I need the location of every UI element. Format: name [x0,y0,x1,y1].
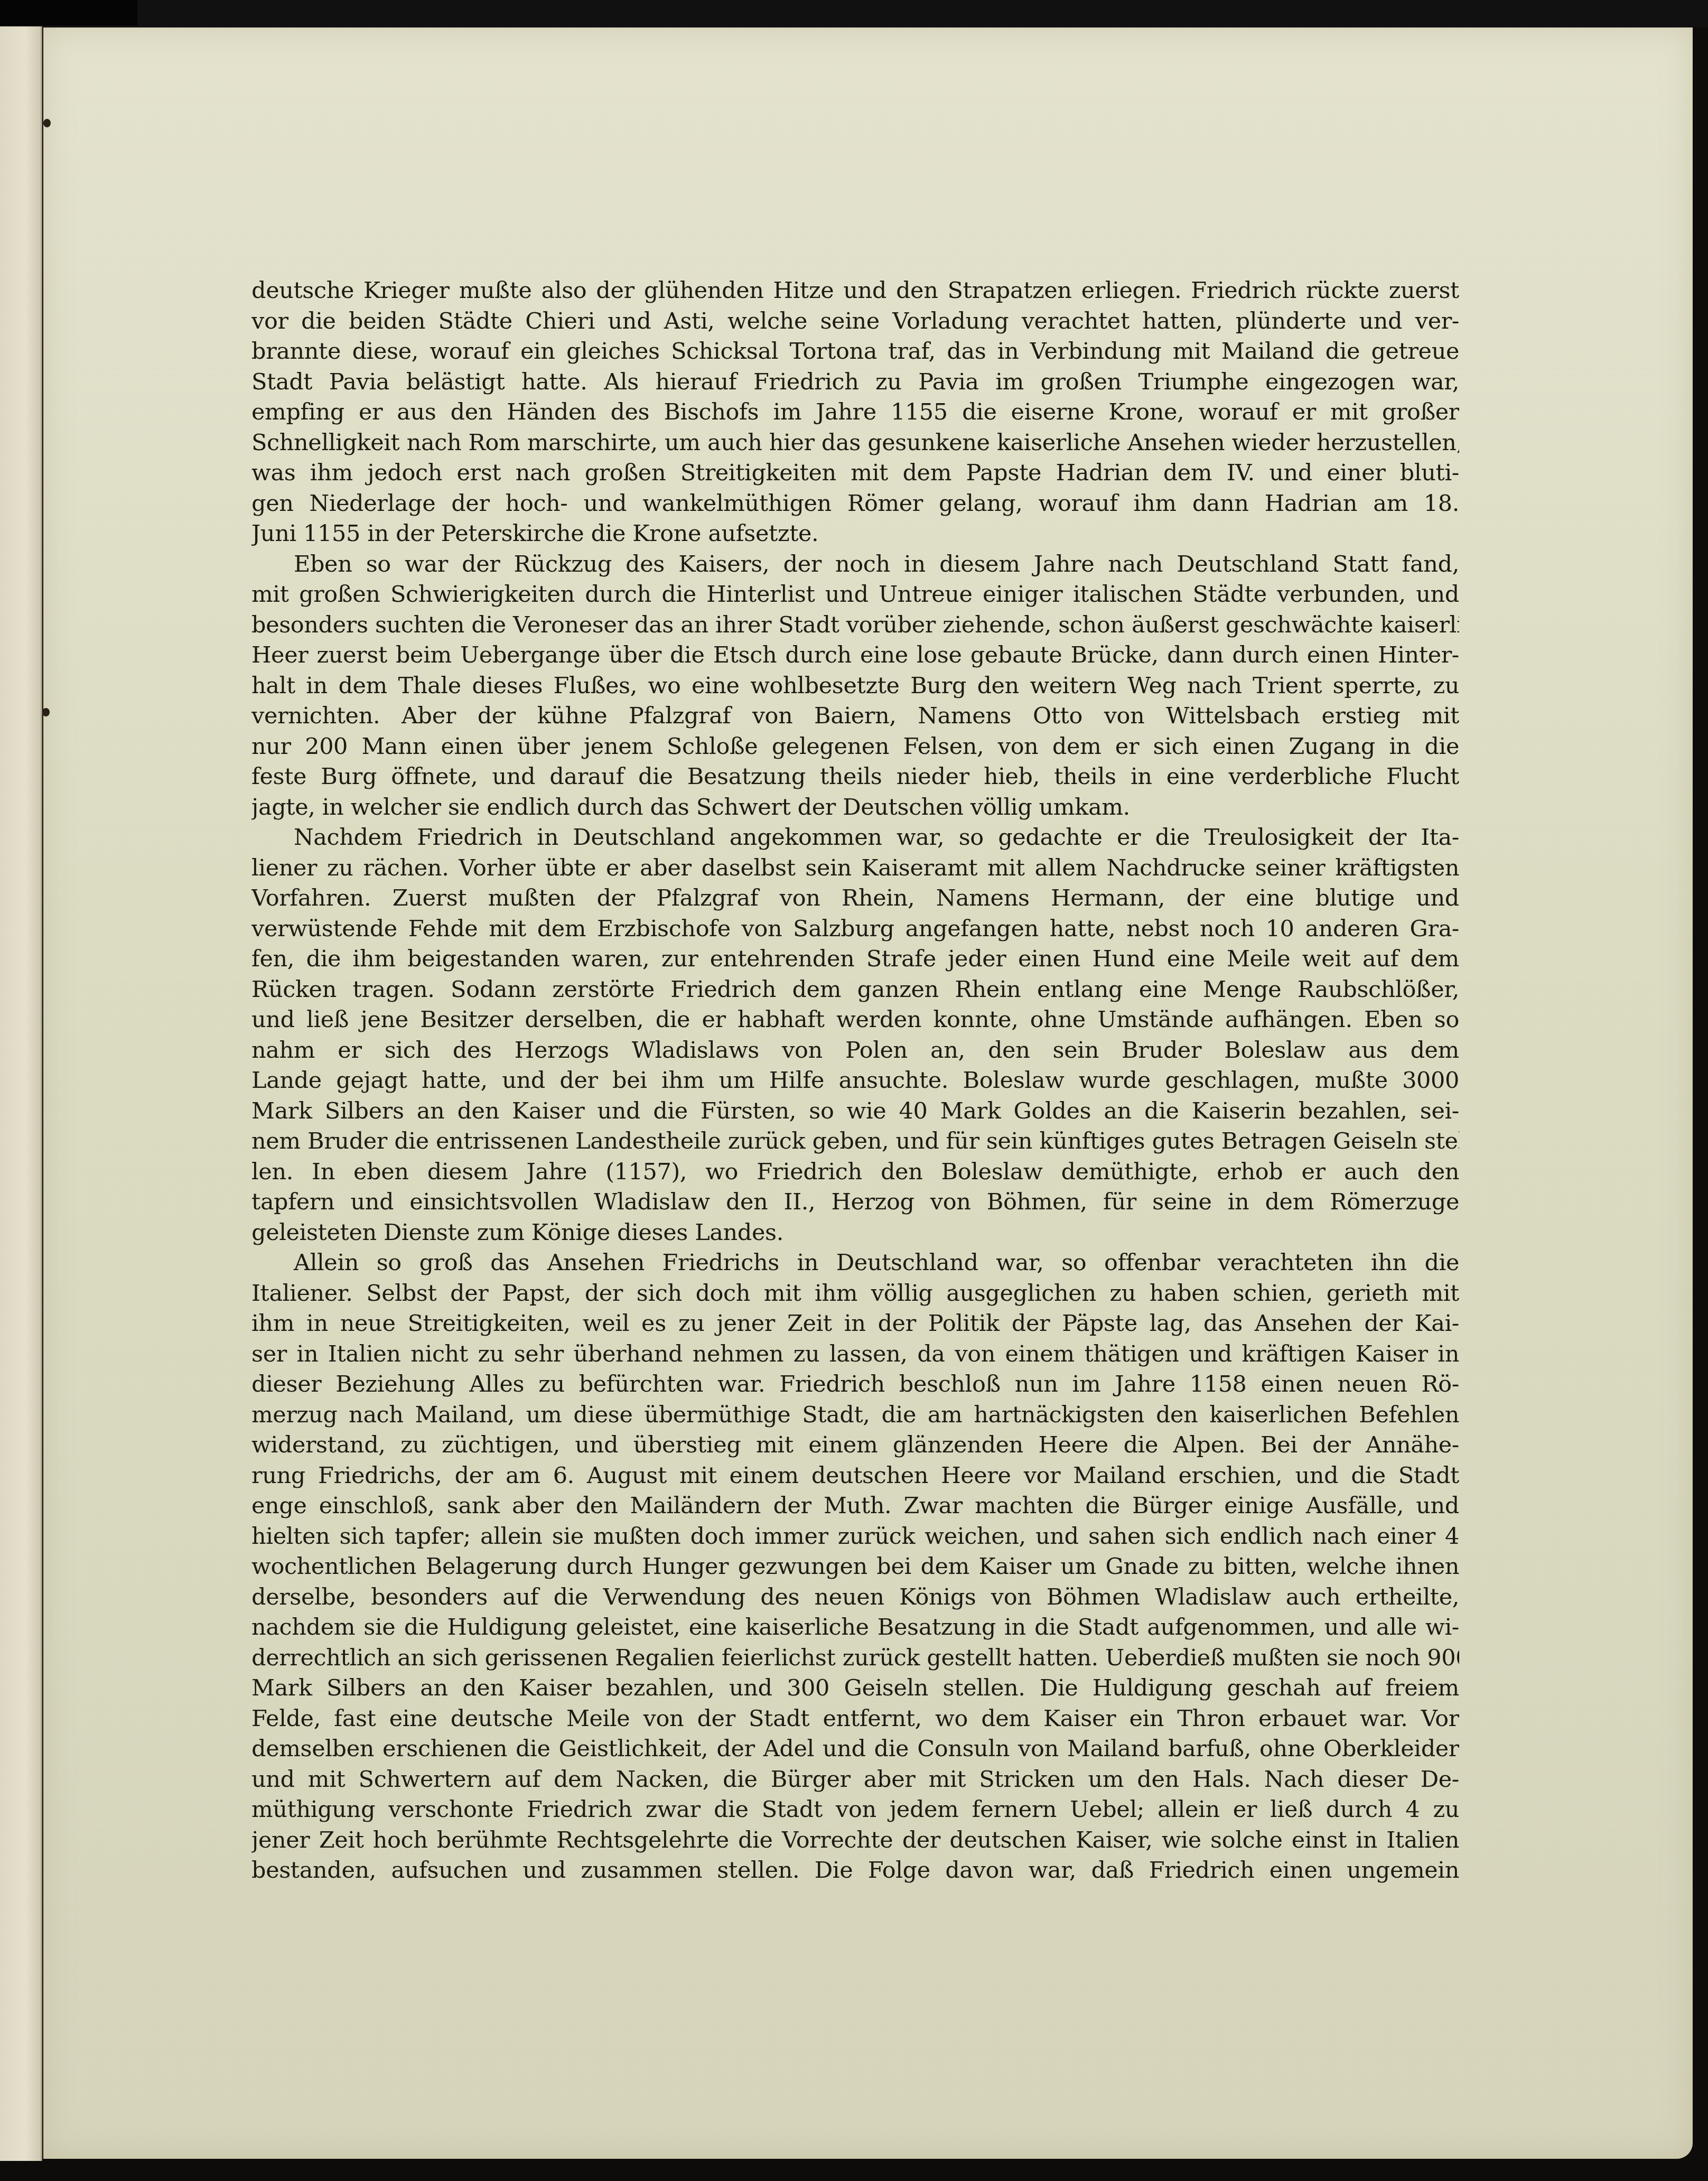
text-line: tapfern und einsichtsvollen Wladislaw de… [251,1187,1459,1218]
binding-gutter [0,26,42,2161]
text-line: Nachdem Friedrich in Deutschland angekom… [251,823,1459,853]
text-line: derrechtlich an sich gerissenen Regalien… [251,1643,1459,1674]
text-line: jagte, in welcher sie endlich durch das … [251,793,1459,823]
text-line: was ihm jedoch erst nach großen Streitig… [251,458,1459,489]
text-line: Eben so war der Rückzug des Kaisers, der… [251,549,1459,580]
text-line: deutsche Krieger mußte also der glühende… [251,276,1459,306]
text-line: Allein so groß das Ansehen Friedrichs in… [251,1248,1459,1279]
text-line: jener Zeit hoch berühmte Rechtsgelehrte … [251,1825,1459,1856]
text-line: ser in Italien nicht zu sehr überhand ne… [251,1339,1459,1370]
text-line: verwüstende Fehde mit dem Erzbischofe vo… [251,914,1459,945]
text-line: nur 200 Mann einen über jenem Schloße ge… [251,732,1459,762]
paragraph: Nachdem Friedrich in Deutschland angekom… [251,823,1459,1248]
text-line: brannte diese, worauf ein gleiches Schic… [251,337,1459,367]
text-line: Mark Silbers an den Kaiser und die Fürst… [251,1096,1459,1127]
paragraph: Eben so war der Rückzug des Kaisers, der… [251,549,1459,823]
text-line: Lande gejagt hatte, und der bei ihm um H… [251,1066,1459,1096]
text-line: len. In eben diesem Jahre (1157), wo Fri… [251,1157,1459,1188]
text-line: Vorfahren. Zuerst mußten der Pfalzgraf v… [251,883,1459,914]
text-line: enge einschloß, sank aber den Mailändern… [251,1491,1459,1522]
text-line: Heer zuerst beim Uebergange über die Ets… [251,640,1459,671]
text-line: Mark Silbers an den Kaiser bezahlen, und… [251,1673,1459,1704]
text-line: derselbe, besonders auf die Verwendung d… [251,1582,1459,1613]
text-line: halt in dem Thale dieses Flußes, wo eine… [251,671,1459,702]
text-line: Felde, fast eine deutsche Meile von der … [251,1704,1459,1735]
text-line: fen, die ihm beigestanden waren, zur ent… [251,944,1459,975]
text-line: demselben erschienen die Geistlichkeit, … [251,1734,1459,1765]
text-line: und ließ jene Besitzer derselben, die er… [251,1005,1459,1036]
text-line: müthigung verschonte Friedrich zwar die … [251,1795,1459,1825]
text-line: hielten sich tapfer; allein sie mußten d… [251,1522,1459,1552]
text-line: Stadt Pavia belästigt hatte. Als hierauf… [251,367,1459,398]
text-line: und mit Schwertern auf dem Nacken, die B… [251,1765,1459,1795]
text-line: liener zu rächen. Vorher übte er aber da… [251,853,1459,884]
text-line: mit großen Schwierigkeiten durch die Hin… [251,580,1459,610]
text-line: nahm er sich des Herzogs Wladislaws von … [251,1036,1459,1066]
binding-hole-icon [43,119,51,127]
text-line: widerstand, zu züchtigen, und überstieg … [251,1430,1459,1461]
scanner-background-top [0,0,1708,27]
text-line: vor die beiden Städte Chieri und Asti, w… [251,306,1459,337]
text-line: rung Friedrichs, der am 6. August mit ei… [251,1461,1459,1492]
text-line: empfing er aus den Händen des Bischofs i… [251,397,1459,428]
text-line: dieser Beziehung Alles zu befürchten war… [251,1369,1459,1400]
text-line: Rücken tragen. Sodann zerstörte Friedric… [251,975,1459,1005]
text-line: wochentlichen Belagerung durch Hunger ge… [251,1552,1459,1582]
text-line: ihm in neue Streitigkeiten, weil es zu j… [251,1309,1459,1339]
text-line: gen Niederlage der hoch- und wankelmüthi… [251,489,1459,519]
scanner-background-corner [0,0,137,25]
text-line: feste Burg öffnete, und darauf die Besat… [251,762,1459,793]
text-line: merzug nach Mailand, um diese übermüthig… [251,1400,1459,1431]
paragraph: Allein so groß das Ansehen Friedrichs in… [251,1248,1459,1886]
text-line: Schnelligkeit nach Rom marschirte, um au… [251,428,1459,459]
text-line: geleisteten Dienste zum Könige dieses La… [251,1218,1459,1248]
text-line: Juni 1155 in der Peterskirche die Krone … [251,519,1459,549]
text-line: bestanden, aufsuchen und zusammen stelle… [251,1856,1459,1886]
text-line: nem Bruder die entrissenen Landestheile … [251,1126,1459,1157]
text-line: besonders suchten die Veroneser das an i… [251,610,1459,641]
text-line: vernichten. Aber der kühne Pfalzgraf von… [251,701,1459,732]
text-line: nachdem sie die Huldigung geleistet, ein… [251,1613,1459,1643]
paragraph: deutsche Krieger mußte also der glühende… [251,276,1459,549]
text-line: Italiener. Selbst der Papst, der sich do… [251,1279,1459,1309]
binding-hole-icon [42,708,50,716]
body-text: deutsche Krieger mußte also der glühende… [251,276,1459,1886]
